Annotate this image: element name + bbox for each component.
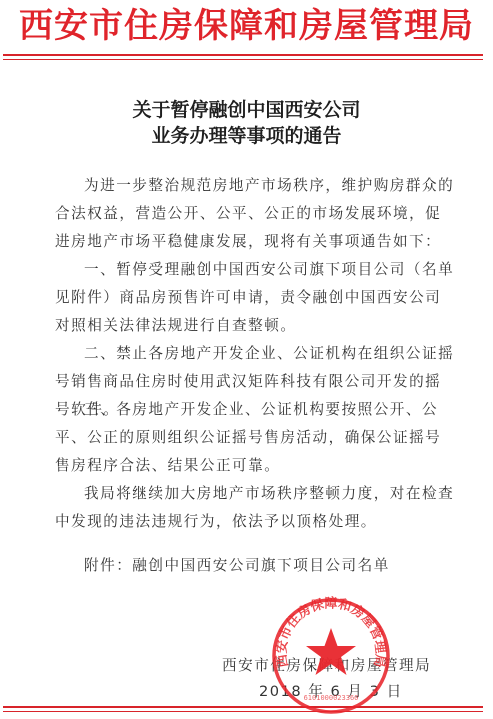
signature-date: 2018 年 6 月 3 日 [259,680,403,701]
notice-title-line-1: 关于暂停融创中国西安公司 [0,97,493,123]
footer-rule-thick [3,706,483,708]
masthead-rule-thin [3,59,483,60]
body-paragraph-intro: 为进一步整治规范房地产市场秩序，维护购房群众的合法权益，营造公开、公平、公正的市… [55,172,455,256]
attachment-line: 附件：融创中国西安公司旗下项目公司名单 [55,552,455,580]
body-paragraph-item-1: 一、暂停受理融创中国西安公司旗下项目公司（名单见附件）商品房预售许可申请，责令融… [55,256,455,340]
signature-issuer: 西安市住房保障和房屋管理局 [222,654,431,675]
footer-rule-thin [3,711,483,712]
body-paragraph-item-3: 三、各房地产开发企业、公证机构要按照公开、公平、公正的原则组织公证摇号售房活动，… [55,396,455,480]
masthead-title: 西安市住房保障和房屋管理局 [0,6,493,46]
masthead-rule-thick [3,54,483,56]
notice-title-line-2: 业务办理等事项的通告 [0,123,493,149]
body-paragraph-closing: 我局将继续加大房地产市场秩序整顿力度，对在检查中发现的违法违规行为，依法予以顶格… [55,480,455,536]
